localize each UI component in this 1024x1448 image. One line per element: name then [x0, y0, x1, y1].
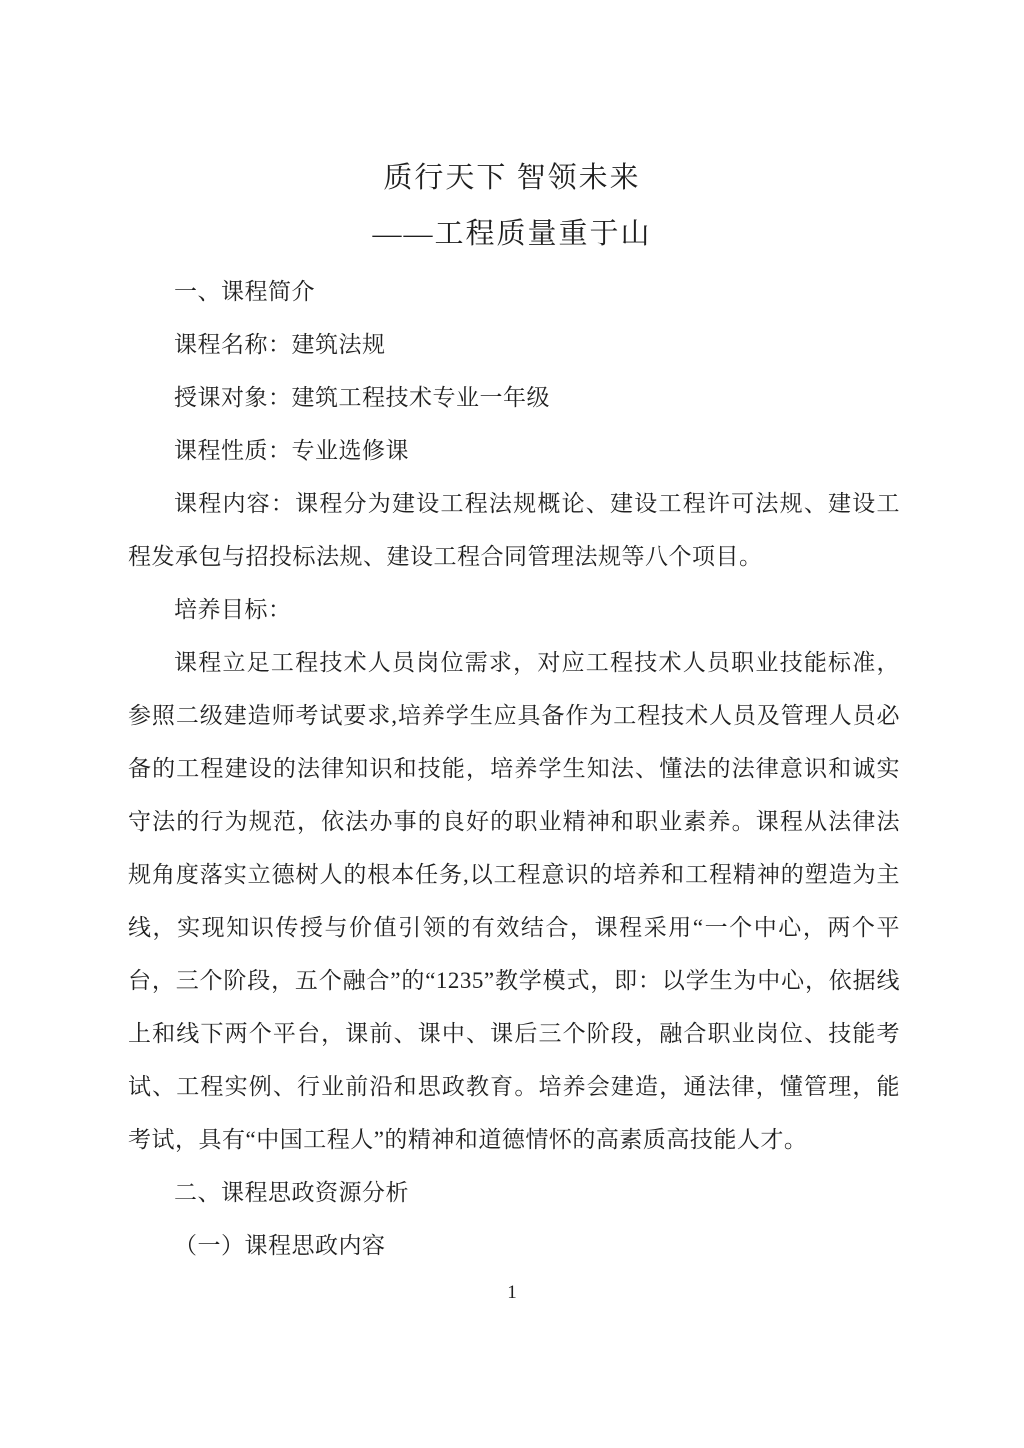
paragraph: 授课对象：建筑工程技术专业一年级 [128, 371, 900, 424]
paragraph: 课程立足工程技术人员岗位需求，对应工程技术人员职业技能标准，参照二级建造师考试要… [128, 636, 900, 1166]
page-footer: 1 [0, 1278, 1024, 1308]
paragraph: 课程性质：专业选修课 [128, 424, 900, 477]
paragraph: 一、课程简介 [128, 265, 900, 318]
document-subtitle: ——工程质量重于山 [0, 206, 1024, 262]
paragraph: 二、课程思政资源分析 [128, 1166, 900, 1219]
paragraph: 课程内容：课程分为建设工程法规概论、建设工程许可法规、建设工程发承包与招投标法规… [128, 477, 900, 583]
document-body: 一、课程简介课程名称：建筑法规授课对象：建筑工程技术专业一年级课程性质：专业选修… [128, 265, 900, 1272]
paragraph: 课程名称：建筑法规 [128, 318, 900, 371]
document-title: 质行天下 智领未来 [0, 150, 1024, 206]
paragraph: 培养目标： [128, 583, 900, 636]
document-page: 质行天下 智领未来 ——工程质量重于山 一、课程简介课程名称：建筑法规授课对象：… [0, 0, 1024, 1448]
paragraph: （一）课程思政内容 [128, 1219, 900, 1272]
page-number: 1 [507, 1282, 517, 1303]
